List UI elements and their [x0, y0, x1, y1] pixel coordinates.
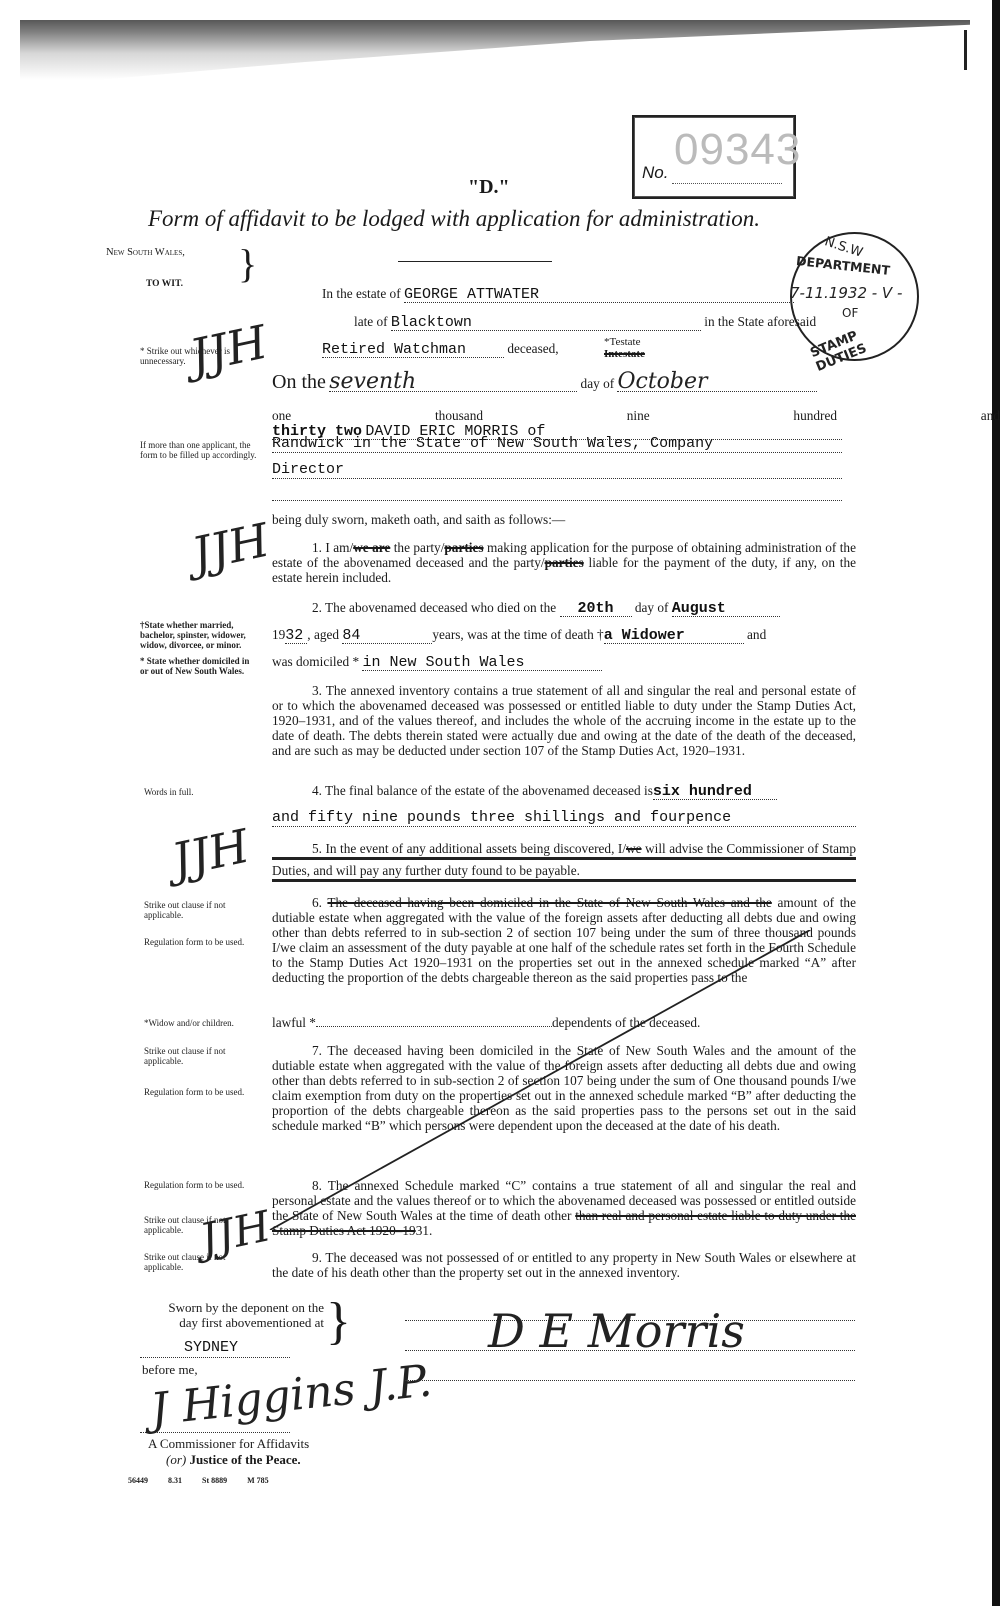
testate-option: *Testate Intestate — [604, 336, 645, 360]
late-of-line: late of Blacktown in the State aforesaid — [354, 314, 816, 331]
clause-strike-diagonal — [250, 930, 900, 1230]
deponent-sigline-3 — [405, 1380, 855, 1381]
margin-domiciled: * State whether domiciled in or out of N… — [140, 656, 250, 676]
occupation-line: Retired Watchman deceased, — [322, 341, 559, 358]
occupation: Retired Watchman — [322, 341, 466, 358]
sworn-intro: being duly sworn, maketh oath, and saith… — [272, 512, 565, 527]
title-rule — [398, 261, 552, 262]
date-line: On the seventh day of October — [272, 374, 817, 392]
form-number-box: No. 09343 — [632, 115, 796, 199]
to-wit: to wit. — [146, 279, 183, 289]
margin-more-than-one: If more than one applicant, the form to … — [140, 440, 258, 460]
clause-2-line2: 1932, aged 84years, was at the time of d… — [272, 627, 766, 644]
margin-regulation-8: Regulation form to be used. — [144, 1180, 259, 1190]
deponent-line-3: Director — [272, 460, 842, 479]
estate-of-line: In the estate of GEORGE ATTWATER — [322, 286, 794, 303]
margin-widow: *Widow and/or children. — [144, 1018, 234, 1028]
jurat-sworn: Sworn by the deponent on the day first a… — [112, 1300, 324, 1330]
margin-regulation-7: Regulation form to be used. — [144, 1087, 259, 1097]
margin-strike-6: Strike out clause if not applicable. — [144, 900, 264, 920]
jurat-brace: } — [326, 1296, 351, 1348]
scan-edge — [992, 0, 1000, 1606]
margin-married: †State whether married, bachelor, spinst… — [140, 620, 258, 650]
number-value: 09343 — [674, 125, 801, 175]
margin-strike-7: Strike out clause if not applicable. — [144, 1046, 264, 1066]
number-label: No. — [642, 163, 668, 183]
margin-words-in-full: Words in full. — [144, 787, 194, 797]
form-title: Form of affidavit to be lodged with appl… — [148, 206, 760, 232]
month-handwritten: October — [617, 369, 707, 394]
jurat-place: SYDNEY — [184, 1339, 238, 1356]
clause-5-rule-bottom — [272, 879, 856, 882]
commissioner-label: A Commissioner for Affidavits — [148, 1436, 309, 1452]
clause-1: 1. I am/we are the party/parties making … — [272, 540, 856, 585]
clause-3: 3. The annexed inventory contains a true… — [272, 683, 856, 758]
clause-2-line3: was domiciled * in New South Wales — [272, 654, 602, 671]
scan-mark — [964, 30, 967, 70]
form-letter: "D." — [468, 176, 510, 199]
clause-4-line2: and fifty nine pounds three shillings an… — [272, 808, 856, 827]
clause-5-rule-top — [272, 857, 856, 860]
jp-label: (or) Justice of the Peace. — [166, 1452, 301, 1468]
number-dotline — [672, 183, 782, 184]
clause-5: 5. In the event of any additional assets… — [272, 838, 856, 882]
brace: } — [238, 244, 257, 284]
stamp-duties-postmark: N.S.W DEPARTMENT 7-11.1932 - V - OF STAM… — [790, 232, 919, 361]
clause-9: 9. The deceased was not possessed of or … — [272, 1250, 856, 1280]
jurisdiction: New South Wales, — [106, 247, 185, 258]
day-handwritten: seventh — [329, 369, 416, 394]
clause-4-line1: 4. The final balance of the estate of th… — [312, 783, 777, 800]
blank-dotline — [272, 500, 842, 501]
late-of-value: Blacktown — [391, 314, 472, 331]
deponent-line-2: Randwick in the State of New South Wales… — [272, 434, 842, 453]
before-me: before me, — [142, 1362, 198, 1378]
printer-codes: 56449 8.31 St 8889 M 785 — [128, 1476, 269, 1485]
margin-regulation-6: Regulation form to be used. — [144, 937, 259, 947]
deceased-name: GEORGE ATTWATER — [404, 286, 539, 303]
clause-2-line1: 2. The abovenamed deceased who died on t… — [312, 600, 780, 617]
place-dotline — [140, 1357, 290, 1358]
deponent-signature: D E Morris — [488, 1304, 745, 1358]
